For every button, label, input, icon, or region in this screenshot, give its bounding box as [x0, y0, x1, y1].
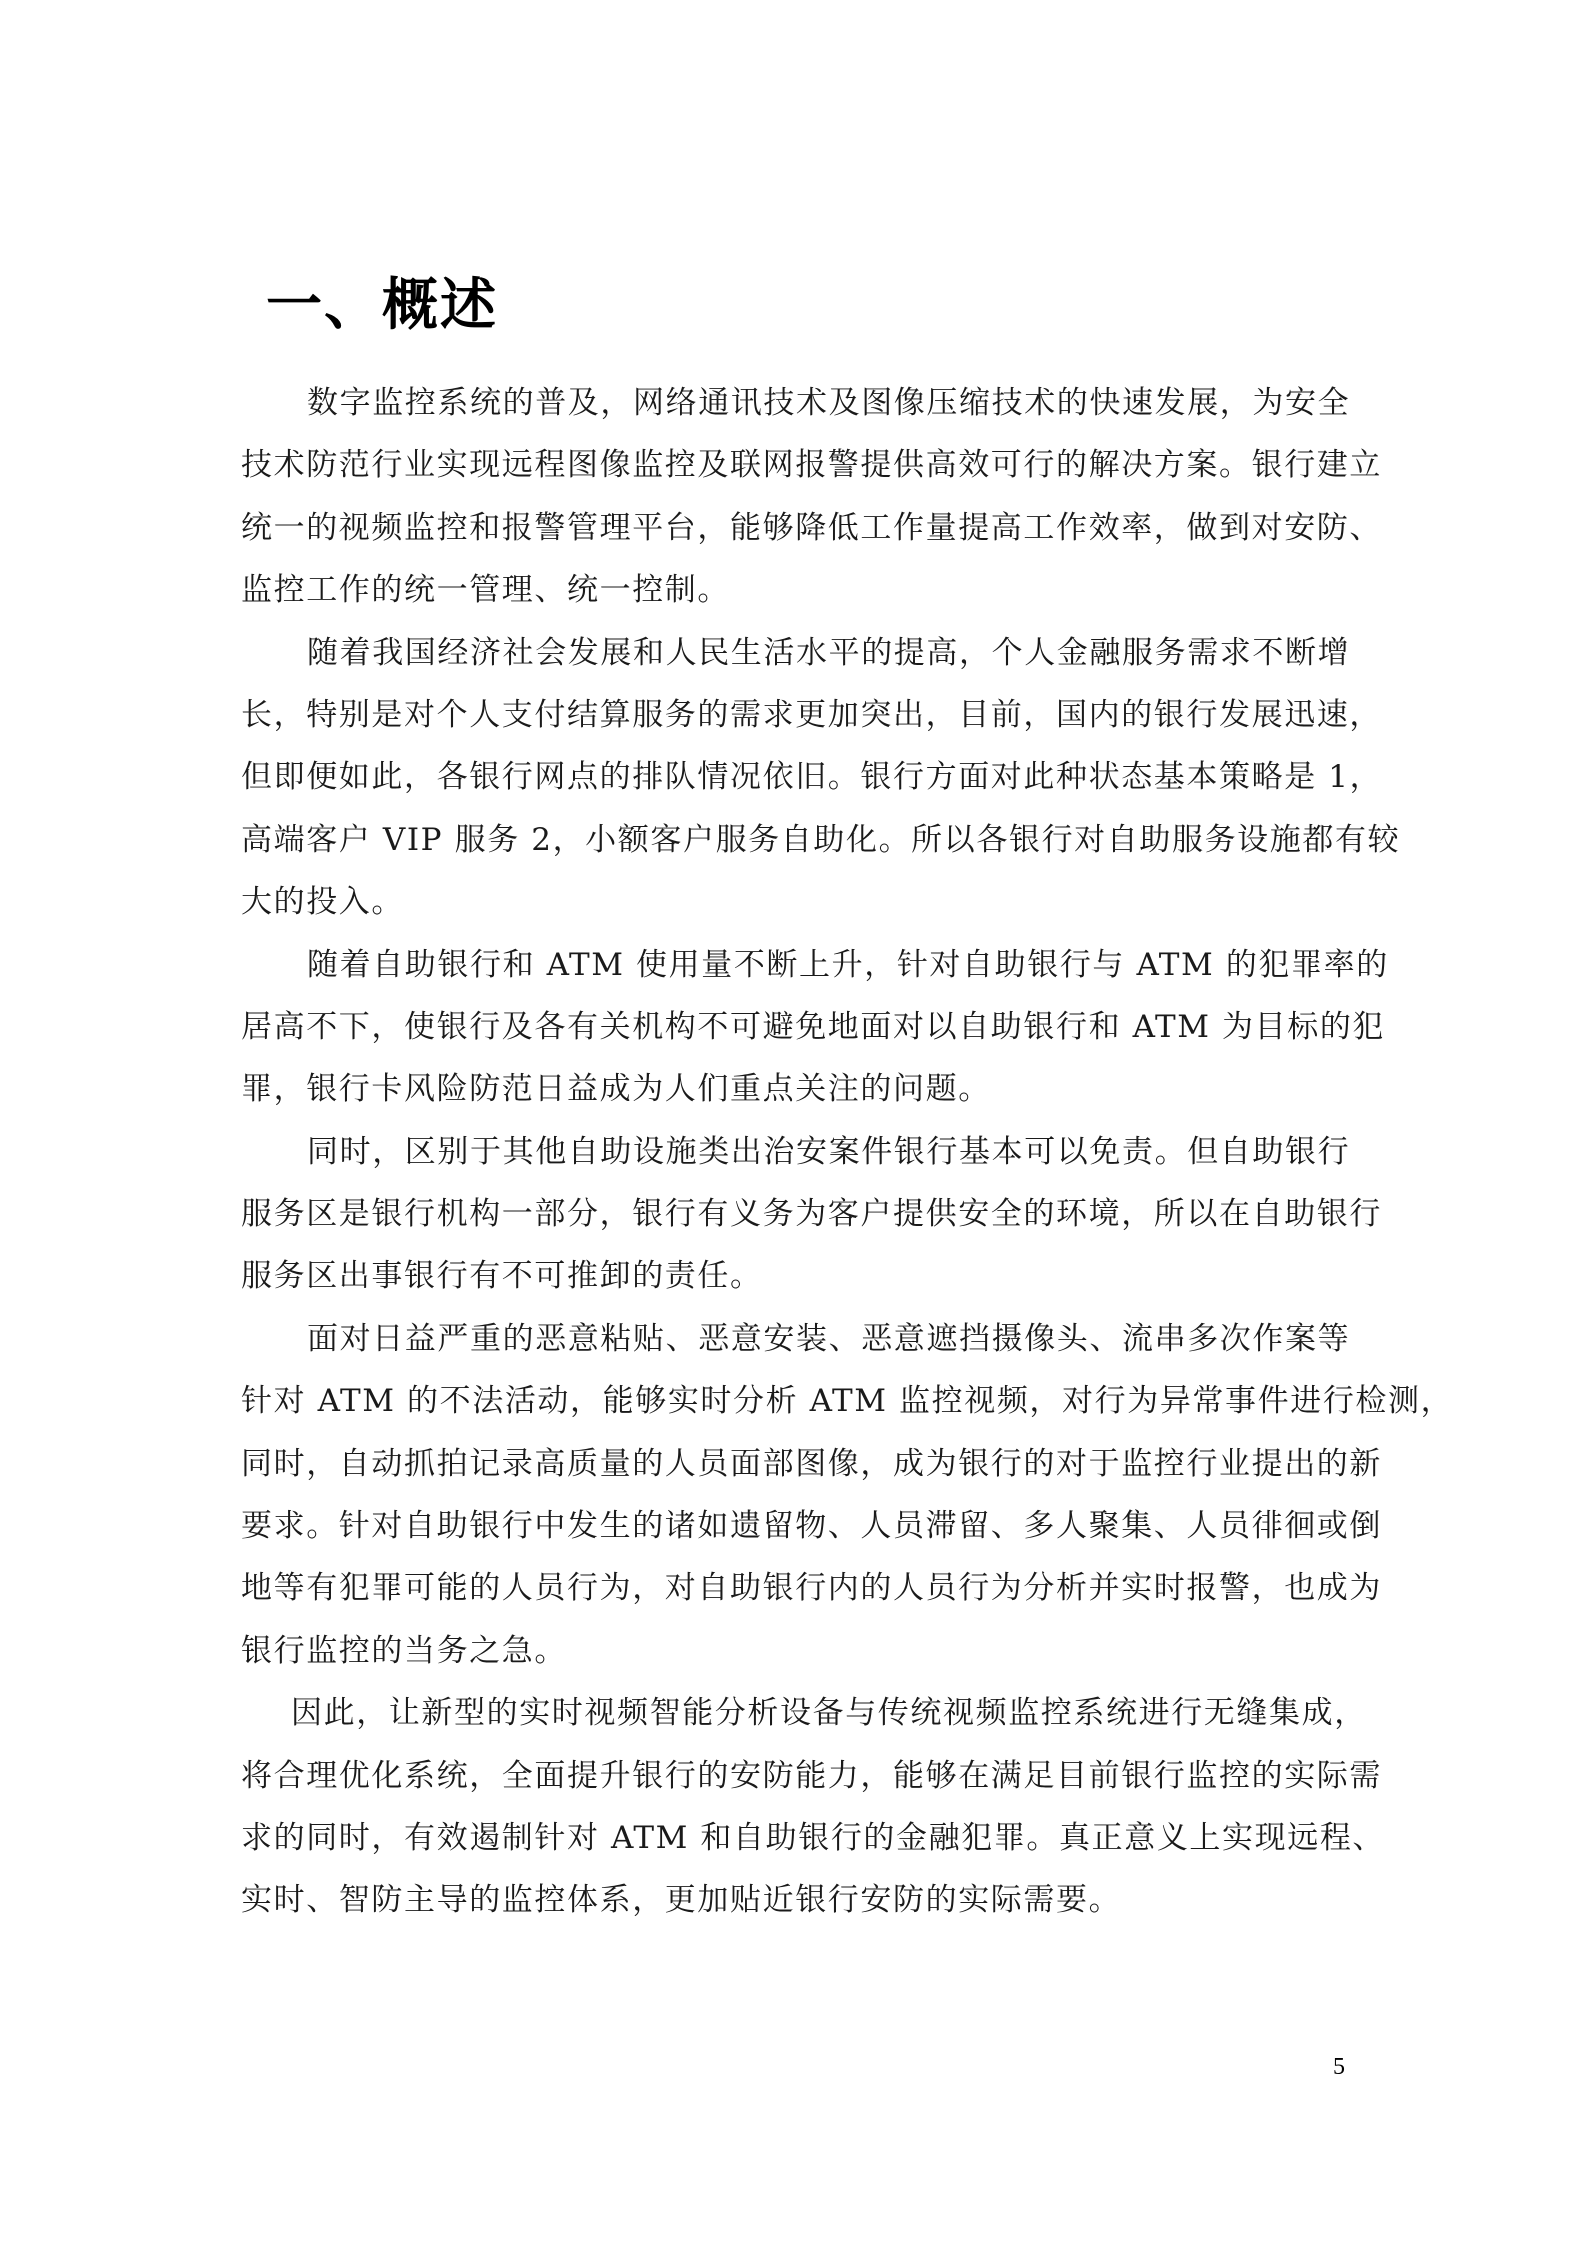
paragraph-line: 但即便如此，各银行网点的排队情况依旧。银行方面对此种状态基本策略是 1， [241, 746, 1351, 808]
paragraph-line: 随着自助银行和 ATM 使用量不断上升，针对自助银行与 ATM 的犯罪率的 [241, 934, 1351, 996]
paragraph-line: 因此，让新型的实时视频智能分析设备与传统视频监控系统进行无缝集成， [241, 1682, 1351, 1744]
paragraph-line: 监控工作的统一管理、统一控制。 [241, 559, 1351, 621]
document-page: 一、概述 数字监控系统的普及，网络通讯技术及图像压缩技术的快速发展，为安全 技术… [0, 0, 1587, 2245]
paragraph-line: 将合理优化系统，全面提升银行的安防能力，能够在满足目前银行监控的实际需 [241, 1745, 1351, 1807]
paragraph-line: 随着我国经济社会发展和人民生活水平的提高，个人金融服务需求不断增 [241, 622, 1351, 684]
paragraph-line: 技术防范行业实现远程图像监控及联网报警提供高效可行的解决方案。银行建立 [241, 434, 1351, 496]
paragraph-line: 高端客户 VIP 服务 2，小额客户服务自助化。所以各银行对自助服务设施都有较 [241, 809, 1351, 871]
paragraph-line: 针对 ATM 的不法活动，能够实时分析 ATM 监控视频，对行为异常事件进行检测… [241, 1370, 1351, 1432]
paragraph-monitoring-requirements: 面对日益严重的恶意粘贴、恶意安装、恶意遮挡摄像头、流串多次作案等 针对 ATM … [241, 1308, 1351, 1682]
paragraph-line: 地等有犯罪可能的人员行为，对自助银行内的人员行为分析并实时报警，也成为 [241, 1557, 1351, 1619]
paragraph-atm-crime: 随着自助银行和 ATM 使用量不断上升，针对自助银行与 ATM 的犯罪率的 居高… [241, 934, 1351, 1121]
paragraph-line: 服务区出事银行有不可推卸的责任。 [241, 1245, 1351, 1307]
paragraph-line: 银行监控的当务之急。 [241, 1620, 1351, 1682]
body-text: 数字监控系统的普及，网络通讯技术及图像压缩技术的快速发展，为安全 技术防范行业实… [241, 372, 1351, 1932]
section-heading: 一、概述 [266, 278, 498, 334]
paragraph-line: 大的投入。 [241, 871, 1351, 933]
paragraph-line: 长，特别是对个人支付结算服务的需求更加突出，目前，国内的银行发展迅速， [241, 684, 1351, 746]
paragraph-bank-liability: 同时，区别于其他自助设施类出治安案件银行基本可以免责。但自助银行 服务区是银行机… [241, 1121, 1351, 1308]
paragraph-line: 服务区是银行机构一部分，银行有义务为客户提供安全的环境，所以在自助银行 [241, 1183, 1351, 1245]
paragraph-line: 要求。针对自助银行中发生的诸如遗留物、人员滞留、多人聚集、人员徘徊或倒 [241, 1495, 1351, 1557]
paragraph-line: 实时、智防主导的监控体系，更加贴近银行安防的实际需要。 [241, 1869, 1351, 1931]
paragraph-line: 数字监控系统的普及，网络通讯技术及图像压缩技术的快速发展，为安全 [241, 372, 1351, 434]
paragraph-line: 面对日益严重的恶意粘贴、恶意安装、恶意遮挡摄像头、流串多次作案等 [241, 1308, 1351, 1370]
paragraph-line: 求的同时，有效遏制针对 ATM 和自助银行的金融犯罪。真正意义上实现远程、 [241, 1807, 1351, 1869]
paragraph-line: 统一的视频监控和报警管理平台，能够降低工作量提高工作效率，做到对安防、 [241, 497, 1351, 559]
paragraph-conclusion: 因此，让新型的实时视频智能分析设备与传统视频监控系统进行无缝集成， 将合理优化系… [241, 1682, 1351, 1932]
paragraph-line: 同时，区别于其他自助设施类出治安案件银行基本可以免责。但自助银行 [241, 1121, 1351, 1183]
paragraph-financial-services: 随着我国经济社会发展和人民生活水平的提高，个人金融服务需求不断增 长，特别是对个… [241, 622, 1351, 934]
paragraph-line: 同时，自动抓拍记录高质量的人员面部图像，成为银行的对于监控行业提出的新 [241, 1433, 1351, 1495]
paragraph-overview-intro: 数字监控系统的普及，网络通讯技术及图像压缩技术的快速发展，为安全 技术防范行业实… [241, 372, 1351, 622]
page-number: 5 [1333, 2054, 1345, 2081]
paragraph-line: 罪，银行卡风险防范日益成为人们重点关注的问题。 [241, 1058, 1351, 1120]
paragraph-line: 居高不下，使银行及各有关机构不可避免地面对以自助银行和 ATM 为目标的犯 [241, 996, 1351, 1058]
